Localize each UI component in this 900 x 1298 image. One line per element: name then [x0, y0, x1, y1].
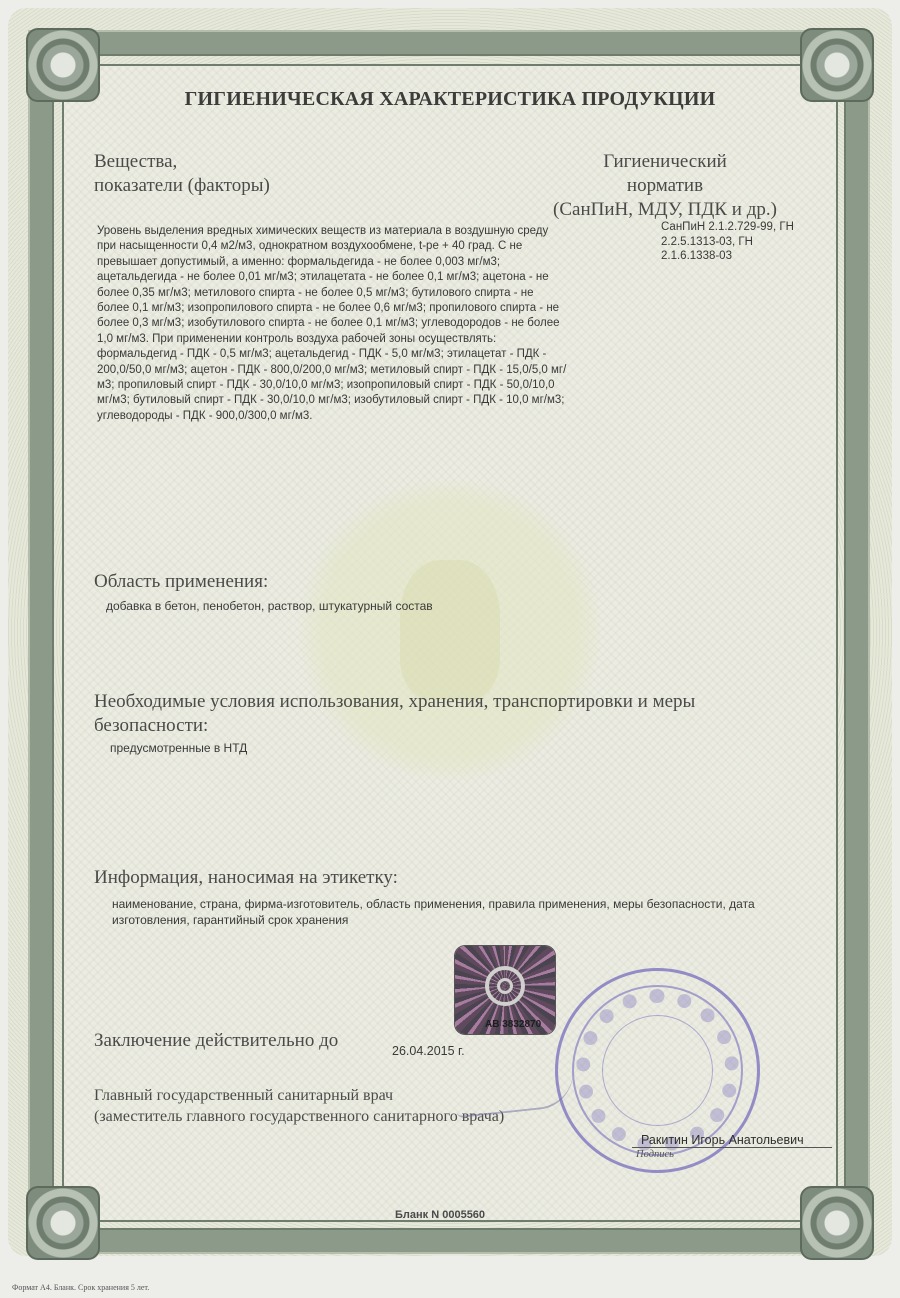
- header-line: показатели (факторы): [94, 174, 270, 198]
- substances-column-header: Вещества, показатели (факторы): [94, 150, 270, 198]
- validity-label: Заключение действительно до: [94, 1030, 338, 1052]
- norm-reference: СанПиН 2.1.2.729-99, ГН: [661, 220, 794, 235]
- signatory-title-line: (заместитель главного государственного с…: [94, 1106, 504, 1127]
- signer-name: Ракитин Игорь Анатольевич: [641, 1133, 804, 1147]
- signatory-title: Главный государственный санитарный врач …: [94, 1085, 504, 1127]
- conditions-body: предусмотренные в НТД: [110, 740, 247, 756]
- header-line: Гигиенический: [530, 150, 800, 174]
- header-line: Вещества,: [94, 150, 270, 174]
- substances-text: Уровень выделения вредных химических вещ…: [97, 224, 567, 424]
- signature-line: [632, 1147, 832, 1148]
- application-body: добавка в бетон, пенобетон, раствор, шту…: [106, 598, 433, 614]
- document-title: ГИГИЕНИЧЕСКАЯ ХАРАКТЕРИСТИКА ПРОДУКЦИИ: [0, 88, 900, 111]
- signatory-title-line: Главный государственный санитарный врач: [94, 1085, 504, 1106]
- double-headed-eagle-icon: [400, 560, 500, 700]
- label-info-heading: Информация, наносимая на этикетку:: [94, 866, 398, 890]
- application-heading: Область применения:: [94, 570, 268, 594]
- norm-references: СанПиН 2.1.2.729-99, ГН 2.2.5.1313-03, Г…: [661, 220, 794, 264]
- header-line: норматив: [530, 174, 800, 198]
- header-line: (СанПиН, МДУ, ПДК и др.): [530, 198, 800, 222]
- validity-date: 26.04.2015 г.: [392, 1044, 465, 1058]
- label-info-body: наименование, страна, фирма-изготовитель…: [112, 896, 782, 928]
- hologram-seal: АВ 3832870: [455, 946, 555, 1034]
- hologram-serial: АВ 3832870: [485, 1019, 541, 1030]
- certification-logo-icon: [485, 966, 525, 1006]
- blank-number: Бланк N 0005560: [395, 1209, 485, 1221]
- conditions-heading: Необходимые условия использования, хране…: [94, 690, 774, 738]
- norm-column-header: Гигиенический норматив (СанПиН, МДУ, ПДК…: [530, 150, 800, 222]
- stamp-ring: [576, 989, 739, 1152]
- ornament-corner-icon: [800, 1186, 874, 1260]
- ornament-corner-icon: [26, 1186, 100, 1260]
- norm-reference: 2.1.6.1338-03: [661, 249, 794, 264]
- norm-reference: 2.2.5.1313-03, ГН: [661, 235, 794, 250]
- format-note: Формат А4. Бланк. Срок хранения 5 лет.: [12, 1283, 149, 1292]
- signature-caption: Подпись: [636, 1149, 674, 1160]
